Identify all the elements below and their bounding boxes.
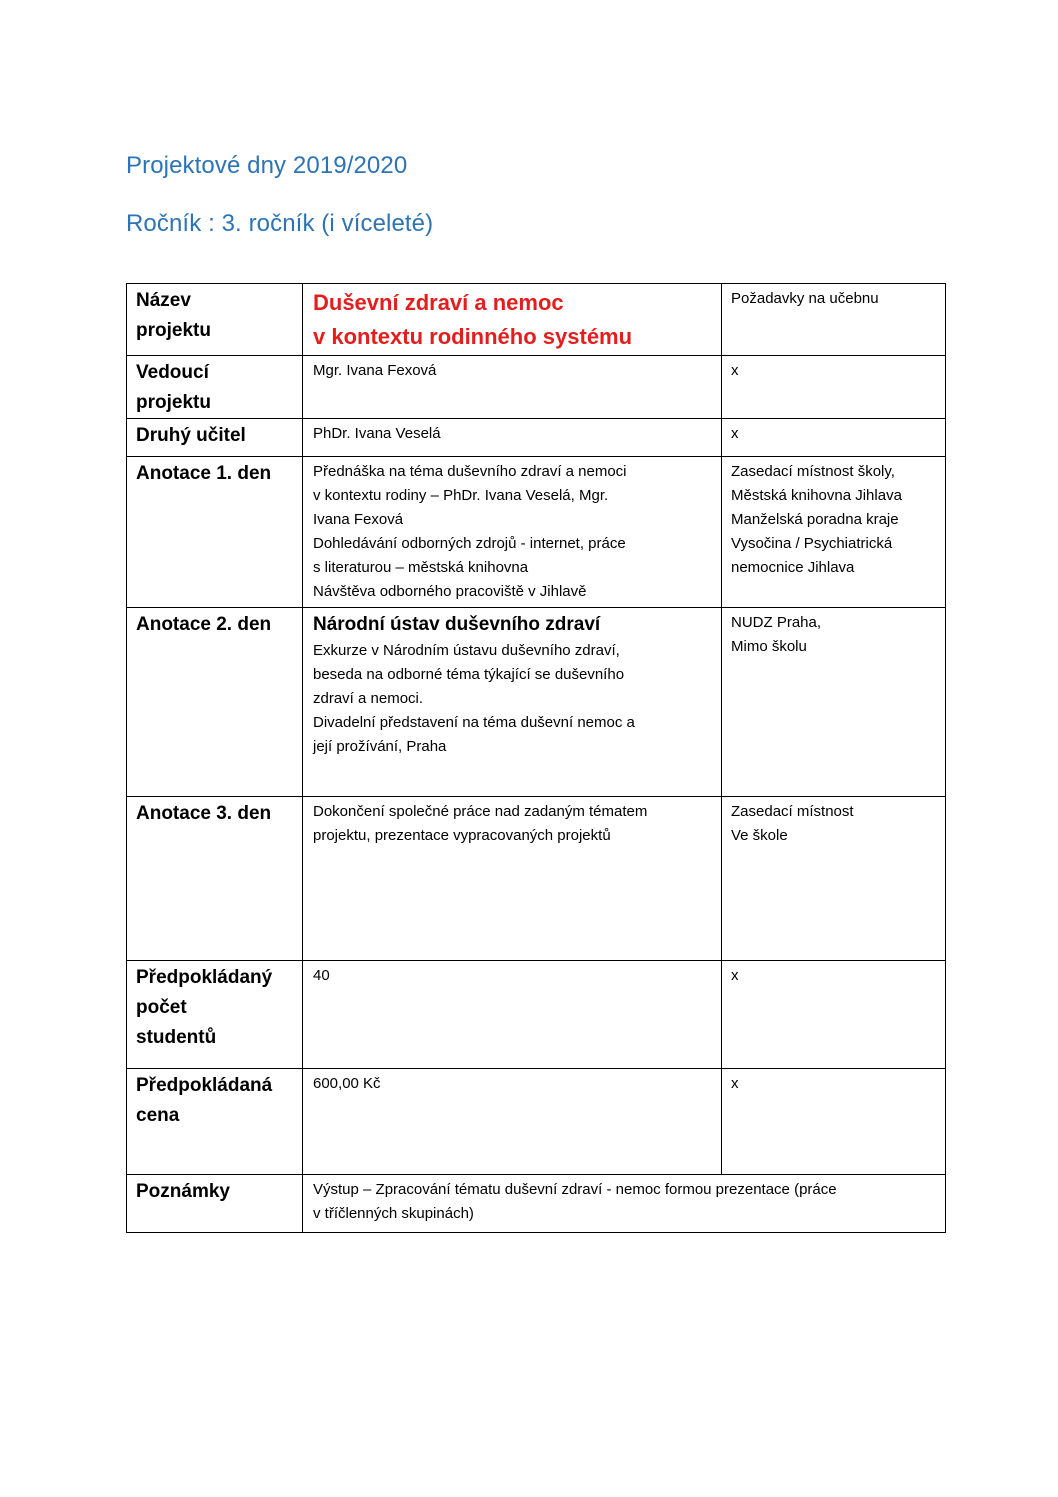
notes-line: v tříčlenných skupinách) [313, 1202, 939, 1226]
students-value: 40 [303, 961, 722, 1069]
day2-line: beseda na odborné téma týkající se dušev… [313, 663, 715, 687]
second-teacher-requirements: x [722, 419, 946, 457]
day3-line: projektu, prezentace vypracovaných proje… [313, 824, 715, 848]
label-line: studentů [136, 1023, 294, 1053]
leader-value: Mgr. Ivana Fexová [303, 356, 722, 419]
day1-line: Přednáška na téma duševního zdraví a nem… [313, 460, 715, 484]
label-line: Název [136, 286, 294, 316]
day1-line: s literaturou – městská knihovna [313, 556, 715, 580]
label-second-teacher: Druhý učitel [127, 419, 303, 457]
grade-heading: Ročník : 3. ročník (i víceleté) [126, 210, 433, 238]
table-row-second-teacher: Druhý učitel PhDr. Ivana Veselá x [127, 419, 946, 457]
project-table: Název projektu Duševní zdraví a nemoc v … [126, 283, 946, 1233]
table-row-project-name: Název projektu Duševní zdraví a nemoc v … [127, 284, 946, 356]
document-title: Projektové dny 2019/2020 [126, 152, 407, 180]
label-notes: Poznámky [127, 1175, 303, 1233]
label-line: Předpokládaná [136, 1071, 294, 1101]
day1-line: Dohledávání odborných zdrojů - internet,… [313, 532, 715, 556]
table-row-students: Předpokládaný počet studentů 40 x [127, 961, 946, 1069]
day2-line: Divadelní představení na téma duševní ne… [313, 711, 715, 735]
day1-location-line: Zasedací místnost školy, [731, 460, 939, 484]
table-row-day2: Anotace 2. den Národní ústav duševního z… [127, 608, 946, 797]
day2-heading: Národní ústav duševního zdraví [313, 611, 715, 639]
label-students: Předpokládaný počet studentů [127, 961, 303, 1069]
day1-location: Zasedací místnost školy, Městská knihovn… [722, 457, 946, 608]
day3-value: Dokončení společné práce nad zadaným tém… [303, 797, 722, 961]
project-name-line: v kontextu rodinného systému [313, 320, 715, 354]
label-line: cena [136, 1101, 294, 1131]
day2-line: zdraví a nemoci. [313, 687, 715, 711]
day2-value: Národní ústav duševního zdraví Exkurze v… [303, 608, 722, 797]
table-row-day3: Anotace 3. den Dokončení společné práce … [127, 797, 946, 961]
day1-line: Ivana Fexová [313, 508, 715, 532]
day2-location-line: Mimo školu [731, 635, 939, 659]
day2-line: její prožívání, Praha [313, 735, 715, 759]
label-day3: Anotace 3. den [127, 797, 303, 961]
label-day2: Anotace 2. den [127, 608, 303, 797]
project-name-value: Duševní zdraví a nemoc v kontextu rodinn… [303, 284, 722, 356]
leader-requirements: x [722, 356, 946, 419]
label-line: projektu [136, 388, 294, 418]
table-row-day1: Anotace 1. den Přednáška na téma duševní… [127, 457, 946, 608]
label-line: Předpokládaný [136, 963, 294, 993]
table-row-leader: Vedoucí projektu Mgr. Ivana Fexová x [127, 356, 946, 419]
label-leader: Vedoucí projektu [127, 356, 303, 419]
classroom-requirements-header: Požadavky na učebnu [722, 284, 946, 356]
table-row-notes: Poznámky Výstup – Zpracování tématu duše… [127, 1175, 946, 1233]
second-teacher-value: PhDr. Ivana Veselá [303, 419, 722, 457]
day3-location-line: Zasedací místnost [731, 800, 939, 824]
day1-line: Návštěva odborného pracoviště v Jihlavě [313, 580, 715, 604]
price-requirements: x [722, 1069, 946, 1175]
label-day1: Anotace 1. den [127, 457, 303, 608]
day1-location-line: Manželská poradna kraje [731, 508, 939, 532]
project-name-line: Duševní zdraví a nemoc [313, 286, 715, 320]
table-row-price: Předpokládaná cena 600,00 Kč x [127, 1069, 946, 1175]
label-project-name: Název projektu [127, 284, 303, 356]
day1-value: Přednáška na téma duševního zdraví a nem… [303, 457, 722, 608]
day2-line: Exkurze v Národním ústavu duševního zdra… [313, 639, 715, 663]
day2-location: NUDZ Praha, Mimo školu [722, 608, 946, 797]
day1-location-line: nemocnice Jihlava [731, 556, 939, 580]
day1-location-line: Vysočina / Psychiatrická [731, 532, 939, 556]
label-line: počet [136, 993, 294, 1023]
day3-location-line: Ve škole [731, 824, 939, 848]
notes-line: Výstup – Zpracování tématu duševní zdrav… [313, 1178, 939, 1202]
price-value: 600,00 Kč [303, 1069, 722, 1175]
notes-value: Výstup – Zpracování tématu duševní zdrav… [303, 1175, 946, 1233]
label-price: Předpokládaná cena [127, 1069, 303, 1175]
label-line: projektu [136, 316, 294, 346]
day1-location-line: Městská knihovna Jihlava [731, 484, 939, 508]
day3-location: Zasedací místnost Ve škole [722, 797, 946, 961]
day2-location-line: NUDZ Praha, [731, 611, 939, 635]
students-requirements: x [722, 961, 946, 1069]
day3-line: Dokončení společné práce nad zadaným tém… [313, 800, 715, 824]
label-line: Vedoucí [136, 358, 294, 388]
day1-line: v kontextu rodiny – PhDr. Ivana Veselá, … [313, 484, 715, 508]
